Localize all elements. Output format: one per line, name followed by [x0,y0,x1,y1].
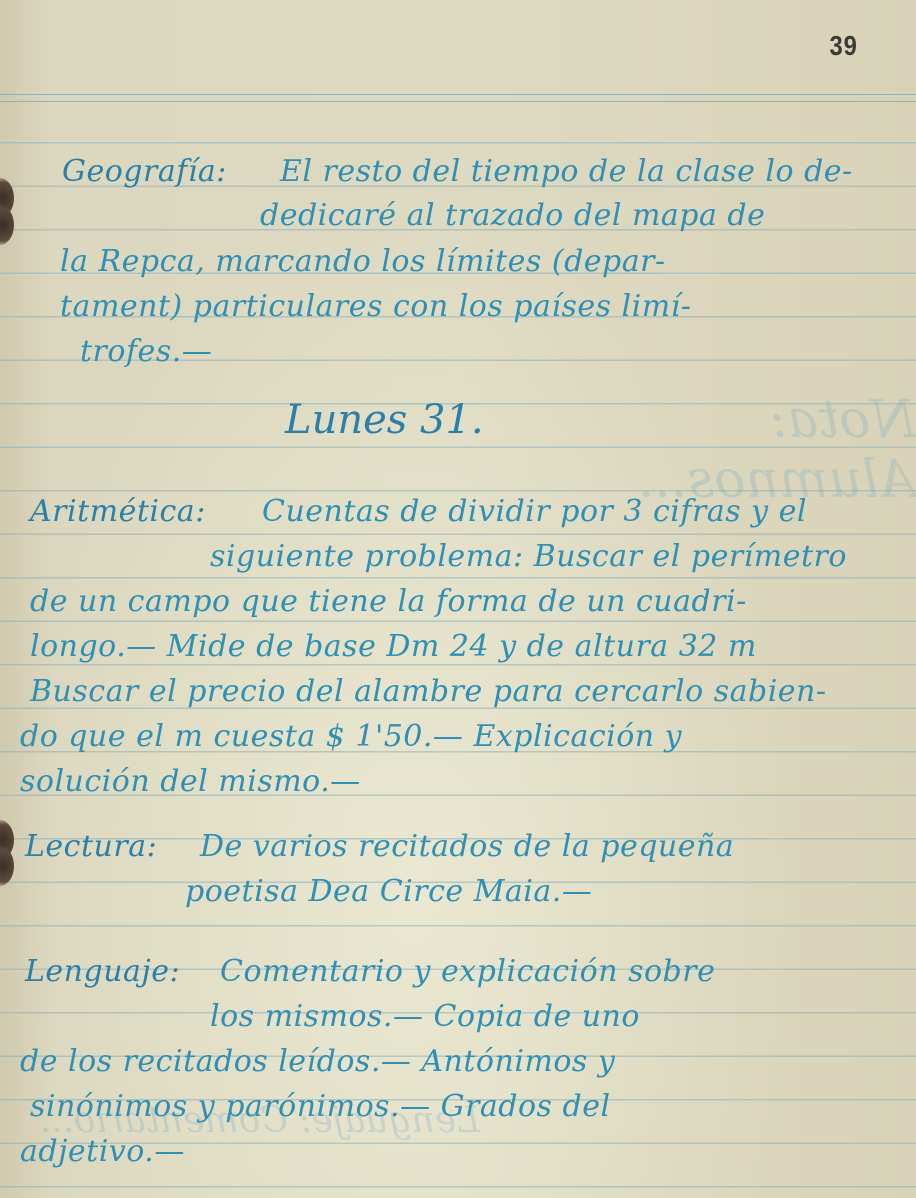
entry-line: Cuentas de dividir por 3 cifras y el [262,490,807,534]
subject-label: Geografía: [62,150,227,194]
entry-line: Comentario y explicación sobre [220,950,715,994]
entry-line: trofes.— [80,330,212,374]
entry-line: de un campo que tiene la forma de un cua… [30,580,747,624]
entry-line: El resto del tiempo de la clase lo de- [280,150,853,194]
entry-line: Buscar el precio del alambre para cercar… [30,670,827,714]
entry-line: dedicaré al trazado del mapa de [260,194,765,238]
subject-label: Aritmética: [30,490,206,534]
entry-line: siguiente problema: Buscar el perímetro [210,535,847,579]
entry-line: de los recitados leídos.— Antónimos y [20,1040,615,1084]
entry-line: solución del mismo.— [20,760,361,804]
entry-line: longo.— Mide de base Dm 24 y de altura 3… [30,625,757,669]
subject-label: Lenguaje: [25,950,180,994]
date-heading: Lunes 31. [285,398,484,442]
notebook-page: Nota: Alumnos... Lenguaje: Comentario...… [0,0,916,1198]
page-number: 39 [829,30,857,62]
entry-line: adjetivo.— [20,1130,185,1174]
entry-line: la Repca, marcando los límites (depar- [60,240,666,284]
subject-label: Lectura: [25,825,157,869]
entry-line: tament) particulares con los países limí… [60,285,691,329]
entry-line: poetisa Dea Circe Maia.— [185,870,592,914]
entry-line: los mismos.— Copia de uno [210,995,640,1039]
entry-line: De varios recitados de la pequeña [200,825,734,869]
entry-line: do que el m cuesta $ 1'50.— Explicación … [20,715,682,759]
entry-line: sinónimos y parónimos.— Grados del [30,1085,611,1129]
